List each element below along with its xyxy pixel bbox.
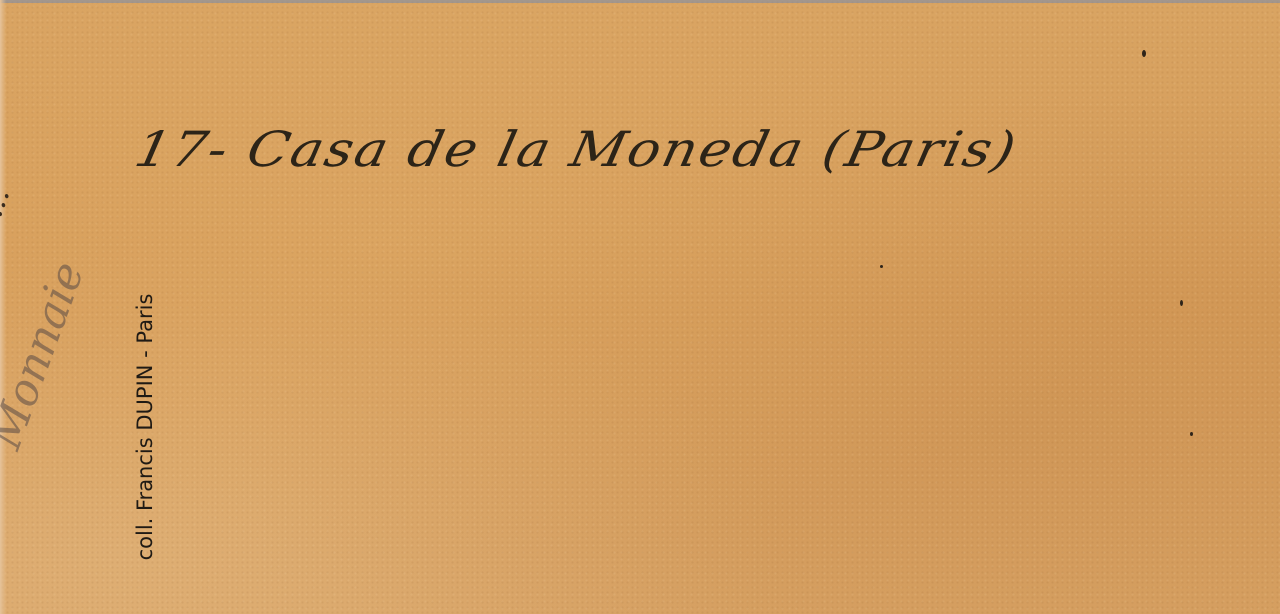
ink-speck [1180, 300, 1183, 306]
ink-speck [1190, 432, 1193, 436]
card-top-edge [0, 0, 1280, 3]
ink-speck [1142, 50, 1146, 57]
card-back [0, 0, 1280, 614]
handwritten-title: 17- Casa de la Moneda (Paris) [130, 121, 1023, 178]
card-left-edge [0, 0, 6, 614]
collection-inscription: coll. Francis DUPIN - Paris [133, 247, 157, 607]
ink-speck [880, 265, 883, 268]
